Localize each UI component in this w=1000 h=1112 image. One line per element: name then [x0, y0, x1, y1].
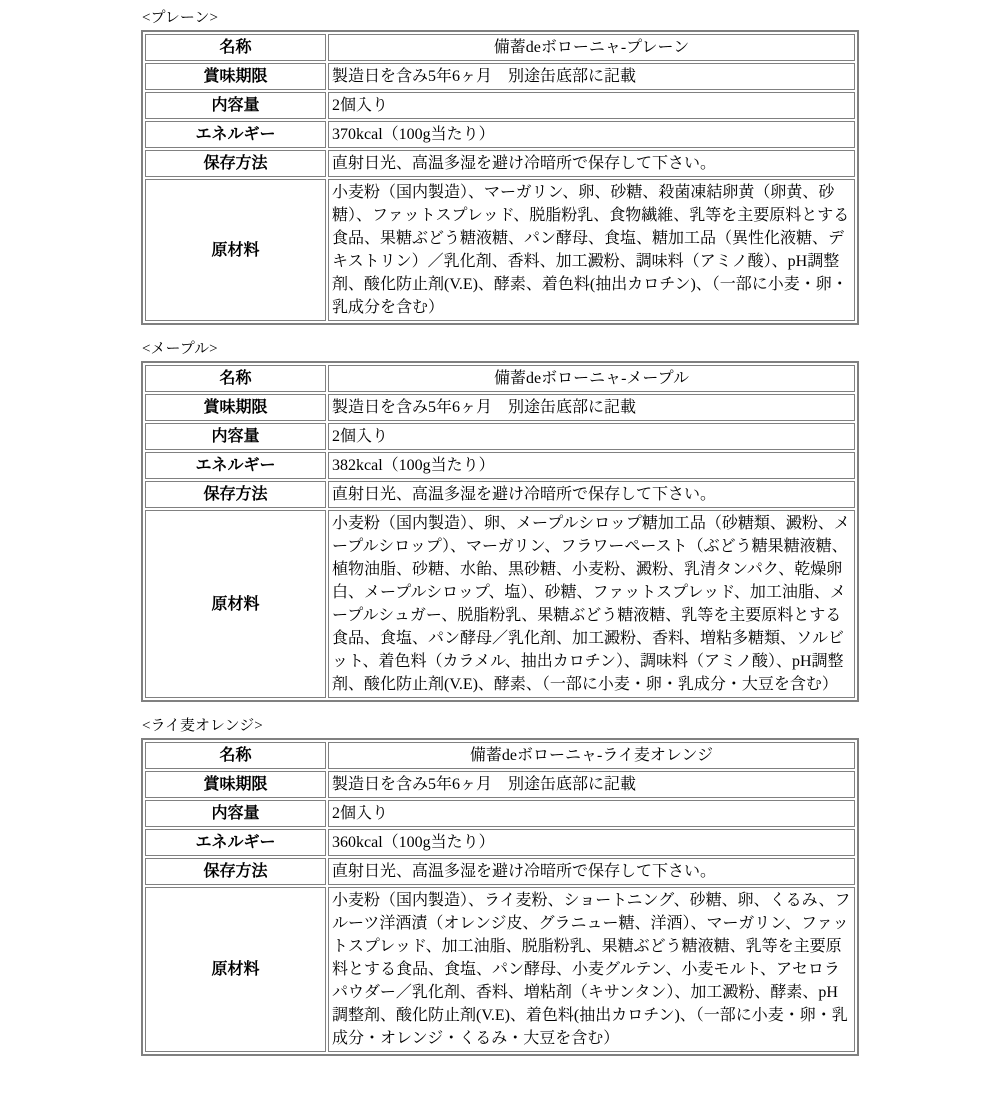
product-spec-page: <プレーン> 名称 備蓄deボローニャ-プレーン 賞味期限 製造日を含み5年6ヶ…	[0, 0, 1000, 1056]
product-info-table: 名称 備蓄deボローニャ-メープル 賞味期限 製造日を含み5年6ヶ月 別途缶底部…	[141, 361, 859, 702]
row-contents-label: 内容量	[145, 423, 326, 450]
row-energy: エネルギー 370kcal（100g当たり）	[145, 121, 855, 148]
row-storage: 保存方法 直射日光、高温多湿を避け冷暗所で保存して下さい。	[145, 858, 855, 885]
row-ingredients-value: 小麦粉（国内製造）、ライ麦粉、ショートニング、砂糖、卵、くるみ、フルーツ洋酒漬（…	[328, 887, 855, 1052]
product-info-table: 名称 備蓄deボローニャ-ライ麦オレンジ 賞味期限 製造日を含み5年6ヶ月 別途…	[141, 738, 859, 1056]
row-energy: エネルギー 382kcal（100g当たり）	[145, 452, 855, 479]
row-name-value: 備蓄deボローニャ-メープル	[328, 365, 855, 392]
row-best-before: 賞味期限 製造日を含み5年6ヶ月 別途缶底部に記載	[145, 63, 855, 90]
row-name: 名称 備蓄deボローニャ-プレーン	[145, 34, 855, 61]
row-name-label: 名称	[145, 34, 326, 61]
row-name: 名称 備蓄deボローニャ-メープル	[145, 365, 855, 392]
row-best-before-value: 製造日を含み5年6ヶ月 別途缶底部に記載	[328, 63, 855, 90]
row-best-before-value: 製造日を含み5年6ヶ月 別途缶底部に記載	[328, 394, 855, 421]
row-ingredients: 原材料 小麦粉（国内製造）、ライ麦粉、ショートニング、砂糖、卵、くるみ、フルーツ…	[145, 887, 855, 1052]
row-name-value: 備蓄deボローニャ-ライ麦オレンジ	[328, 742, 855, 769]
row-contents-value: 2個入り	[328, 423, 855, 450]
row-storage: 保存方法 直射日光、高温多湿を避け冷暗所で保存して下さい。	[145, 481, 855, 508]
row-energy-value: 370kcal（100g当たり）	[328, 121, 855, 148]
row-contents-value: 2個入り	[328, 800, 855, 827]
row-contents: 内容量 2個入り	[145, 92, 855, 119]
row-energy-label: エネルギー	[145, 829, 326, 856]
row-contents: 内容量 2個入り	[145, 800, 855, 827]
row-name-label: 名称	[145, 742, 326, 769]
row-storage-label: 保存方法	[145, 858, 326, 885]
row-storage-value: 直射日光、高温多湿を避け冷暗所で保存して下さい。	[328, 481, 855, 508]
product-variant-title: <メープル>	[142, 340, 859, 358]
row-storage-value: 直射日光、高温多湿を避け冷暗所で保存して下さい。	[328, 858, 855, 885]
product-section-maple: <メープル> 名称 備蓄deボローニャ-メープル 賞味期限 製造日を含み5年6ヶ…	[141, 340, 859, 702]
row-ingredients: 原材料 小麦粉（国内製造）、マーガリン、卵、砂糖、殺菌凍結卵黄（卵黄、砂糖）、フ…	[145, 179, 855, 321]
row-ingredients-label: 原材料	[145, 887, 326, 1052]
row-storage: 保存方法 直射日光、高温多湿を避け冷暗所で保存して下さい。	[145, 150, 855, 177]
row-ingredients-label: 原材料	[145, 510, 326, 698]
row-energy-value: 360kcal（100g当たり）	[328, 829, 855, 856]
row-contents: 内容量 2個入り	[145, 423, 855, 450]
row-best-before-label: 賞味期限	[145, 771, 326, 798]
row-storage-label: 保存方法	[145, 150, 326, 177]
row-energy-value: 382kcal（100g当たり）	[328, 452, 855, 479]
product-variant-title: <ライ麦オレンジ>	[142, 717, 859, 735]
row-best-before-label: 賞味期限	[145, 394, 326, 421]
row-name-value: 備蓄deボローニャ-プレーン	[328, 34, 855, 61]
row-contents-value: 2個入り	[328, 92, 855, 119]
row-storage-label: 保存方法	[145, 481, 326, 508]
product-info-table: 名称 備蓄deボローニャ-プレーン 賞味期限 製造日を含み5年6ヶ月 別途缶底部…	[141, 30, 859, 325]
row-contents-label: 内容量	[145, 92, 326, 119]
row-ingredients-value: 小麦粉（国内製造）、卵、メープルシロップ糖加工品（砂糖類、澱粉、メープルシロップ…	[328, 510, 855, 698]
row-energy: エネルギー 360kcal（100g当たり）	[145, 829, 855, 856]
row-name-label: 名称	[145, 365, 326, 392]
row-best-before-value: 製造日を含み5年6ヶ月 別途缶底部に記載	[328, 771, 855, 798]
row-best-before: 賞味期限 製造日を含み5年6ヶ月 別途缶底部に記載	[145, 394, 855, 421]
product-section-rye-orange: <ライ麦オレンジ> 名称 備蓄deボローニャ-ライ麦オレンジ 賞味期限 製造日を…	[141, 717, 859, 1056]
row-best-before: 賞味期限 製造日を含み5年6ヶ月 別途缶底部に記載	[145, 771, 855, 798]
row-storage-value: 直射日光、高温多湿を避け冷暗所で保存して下さい。	[328, 150, 855, 177]
product-section-plain: <プレーン> 名称 備蓄deボローニャ-プレーン 賞味期限 製造日を含み5年6ヶ…	[141, 9, 859, 325]
row-ingredients-label: 原材料	[145, 179, 326, 321]
row-ingredients-value: 小麦粉（国内製造）、マーガリン、卵、砂糖、殺菌凍結卵黄（卵黄、砂糖）、ファットス…	[328, 179, 855, 321]
row-contents-label: 内容量	[145, 800, 326, 827]
row-energy-label: エネルギー	[145, 452, 326, 479]
row-energy-label: エネルギー	[145, 121, 326, 148]
product-variant-title: <プレーン>	[142, 9, 859, 27]
row-ingredients: 原材料 小麦粉（国内製造）、卵、メープルシロップ糖加工品（砂糖類、澱粉、メープル…	[145, 510, 855, 698]
row-best-before-label: 賞味期限	[145, 63, 326, 90]
row-name: 名称 備蓄deボローニャ-ライ麦オレンジ	[145, 742, 855, 769]
